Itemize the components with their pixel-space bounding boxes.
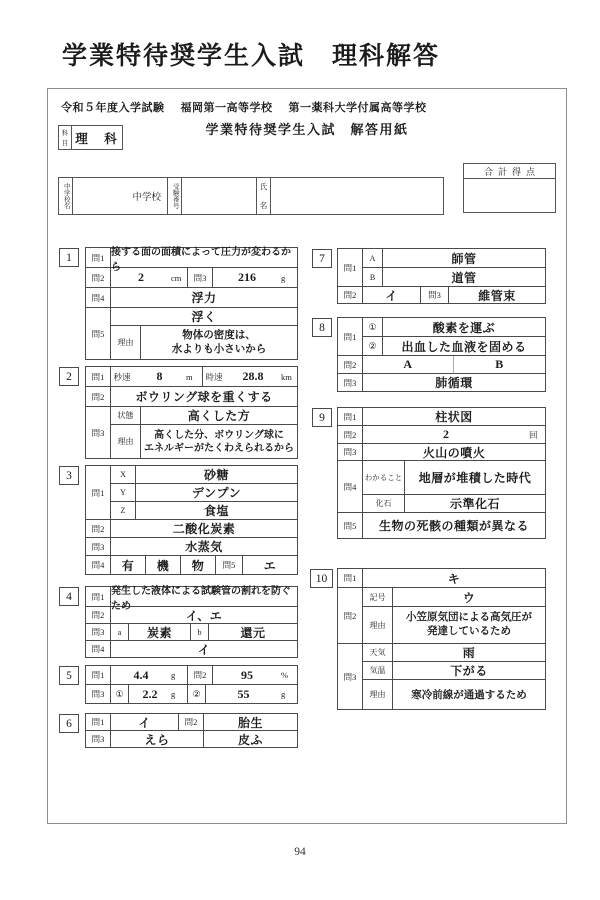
exam-no-field: [182, 178, 257, 214]
q10-weather-answer: 雨: [393, 644, 546, 662]
q5-p1-unit: g: [171, 670, 187, 680]
q1-p5-label: 問5: [86, 308, 111, 360]
q4-p1-label: 問1: [86, 587, 111, 607]
q10-temp-answer: 下がる: [393, 662, 546, 680]
q2-p3-label: 問3: [86, 407, 111, 459]
q3-p1-label: 問1: [86, 466, 111, 520]
page-title: 学業特待奨学生入試 理科解答: [62, 36, 440, 72]
q8-p3-answer: 肺循環: [363, 374, 546, 392]
q3-p2-answer: 二酸化炭素: [111, 520, 298, 538]
q6-p1-label: 問1: [86, 714, 111, 731]
q8-p2-label: 問2: [338, 356, 363, 374]
answer-table-q3: 問1 X 砂糖 Y デンプン Z 食塩 問2 二酸化炭素 問3: [85, 465, 298, 575]
q8-i2-label: ②: [363, 337, 383, 356]
q4-p2-label: 問2: [86, 607, 111, 624]
subject-box: 科 目 理 科: [58, 125, 123, 150]
q2-speed1-label: 秒速: [111, 371, 133, 383]
q5-c1-unit: g: [171, 689, 187, 699]
q6-p3-answer-right: 皮ふ: [204, 731, 298, 748]
exam-no-label-cell: 受験番号: [168, 178, 182, 214]
q2-p1-speed2: 時速 28.8 km: [203, 367, 298, 387]
q10-p2-reason-label: 理由: [363, 607, 393, 644]
q5-p1-answer: 4.4g: [111, 666, 188, 685]
q3-p4-label: 問4: [86, 556, 111, 575]
question-number: 8: [312, 318, 332, 337]
q4-p4-answer: イ: [111, 641, 298, 658]
q7-b-label: B: [363, 268, 383, 287]
q9-p3-label: 問3: [338, 444, 363, 461]
q1-p3-answer: 216g: [213, 268, 298, 288]
subject-value: 理 科: [72, 126, 122, 149]
answer-table-q8: 問1 ① 酸素を運ぶ ② 出血した血液を固める 問2 A B 問3 肺循環: [337, 317, 546, 392]
answer-table-q5: 問1 4.4g 問2 95% 問3 ① 2.2g ② 55g: [85, 665, 298, 704]
q9-p4-label: 問4: [338, 461, 363, 513]
q10-temp-label: 気温: [363, 662, 393, 680]
name-label-top: 氏: [260, 181, 268, 192]
question-number: 6: [59, 714, 79, 733]
q3-p5-answer: エ: [243, 556, 298, 575]
q4-p2-answer: イ、エ: [111, 607, 298, 624]
q10-p3-label: 問3: [338, 644, 363, 710]
q3-y-answer: デンプン: [136, 484, 298, 502]
q9-p1-label: 問1: [338, 408, 363, 426]
q3-p4-char-1: 有: [111, 556, 146, 575]
junior-high-label: 中学校名: [62, 183, 69, 209]
q6-p3-answer-left: えら: [111, 731, 204, 748]
name-label-bottom: 名: [260, 200, 268, 211]
name-field: [271, 178, 443, 214]
q8-p2-answer-left: A: [363, 356, 454, 374]
answer-table-q6: 問1 イ 問2 胎生 問3 えら 皮ふ: [85, 713, 298, 748]
q3-y-label: Y: [111, 484, 136, 502]
q8-p3-label: 問3: [338, 374, 363, 392]
q9-know-label: わかること: [363, 461, 405, 495]
q2-speed2-unit: km: [281, 372, 297, 382]
q7-p2-answer: イ: [363, 287, 421, 304]
q1-p1-answer: 接する面の面積によって圧力が変わるから: [111, 248, 298, 268]
q1-p3-label: 問3: [188, 268, 213, 288]
q2-p3-reason: 高くした分、ボウリング球に エネルギーがたくわえられるから: [141, 425, 298, 459]
q2-p2-answer: ボウリング球を重くする: [111, 387, 298, 407]
q10-p2-reason: 小笠原気団による高気圧が 発達しているため: [393, 607, 546, 644]
q2-speed1-unit: m: [186, 372, 202, 382]
junior-high-suffix: 中学校: [132, 189, 161, 203]
q9-p2-unit: 回: [529, 429, 545, 441]
q9-p5-answer: 生物の死骸の種類が異なる: [363, 513, 546, 539]
q7-p2-label: 問2: [338, 287, 363, 304]
q3-x-label: X: [111, 466, 136, 484]
answer-table-q9: 問1 柱状図 問2 2回 問3 火山の噴火 問4 わかること 地層が堆積した時代…: [337, 407, 546, 539]
q2-p3-reason-label: 理由: [111, 425, 141, 459]
q10-sym-label: 記号: [363, 588, 393, 607]
q2-p1-speed1: 秒速 8 m: [111, 367, 203, 387]
q9-fossil-label: 化石: [363, 495, 405, 513]
answer-table-q2: 問1 秒速 8 m 時速 28.8 km 問2 ボウリング球を重くする 問3 状…: [85, 366, 298, 459]
exam-no-label: 受験番号: [171, 183, 178, 209]
q7-a-label: A: [363, 249, 383, 268]
examinee-info-row: 中学校名 中学校 受験番号 氏 名: [58, 177, 444, 215]
q3-p5-label: 問5: [216, 556, 243, 575]
exam-year: 令和５年度入学試験: [61, 102, 165, 114]
question-number: 2: [59, 367, 79, 386]
answer-table-q7: 問1 A 師管 B 道管 問2 イ 問3 維管束: [337, 248, 546, 304]
exam-header-line: 令和５年度入学試験福岡第一高等学校第一薬科大学付属高等学校: [61, 99, 443, 115]
q5-p1-label: 問1: [86, 666, 111, 685]
q9-p5-label: 問5: [338, 513, 363, 539]
question-number: 1: [59, 248, 79, 267]
q5-p2-answer: 95%: [213, 666, 298, 685]
q4-b-label: b: [191, 624, 209, 641]
q5-c1-answer: 2.2g: [129, 685, 188, 704]
q1-p5-reason: 物体の密度は、 水よりも小さいから: [141, 326, 298, 360]
q8-i2-answer: 出血した血液を固める: [383, 337, 546, 356]
q3-p3-label: 問3: [86, 538, 111, 556]
sheet-title: 学業特待奨学生入試 解答用紙: [47, 119, 567, 138]
q9-p2-label: 問2: [338, 426, 363, 444]
q1-p5-result: 浮く: [111, 308, 298, 326]
school-name-2: 第一薬科大学付属高等学校: [289, 102, 427, 114]
q4-p4-label: 問4: [86, 641, 111, 658]
q9-p2-answer: 2回: [363, 426, 546, 444]
total-score-label: 合計得点: [464, 164, 555, 179]
total-score-box: 合計得点: [463, 163, 556, 213]
answer-table-q4: 問1 発生した液体による試験管の割れを防ぐため 問2 イ、エ 問3 a 炭素 b…: [85, 586, 298, 658]
q4-p1-answer: 発生した液体による試験管の割れを防ぐため: [111, 587, 298, 607]
q2-p3-state-label: 状態: [111, 407, 141, 425]
q5-c2-unit: g: [281, 689, 297, 699]
q7-p3-label: 問3: [421, 287, 449, 304]
q3-p4-char-3: 物: [181, 556, 216, 575]
q3-p4-char-2: 機: [146, 556, 181, 575]
q7-a-answer: 師管: [383, 249, 546, 268]
q5-c2-answer: 55g: [206, 685, 298, 704]
q4-p3-label: 問3: [86, 624, 111, 641]
q5-c2-label: ②: [188, 685, 206, 704]
junior-high-label-cell: 中学校名: [59, 178, 73, 214]
q1-p1-label: 問1: [86, 248, 111, 268]
q1-p2-answer: 2cm: [111, 268, 188, 288]
question-number: 7: [312, 249, 332, 268]
q1-p4-answer: 浮力: [111, 288, 298, 308]
q6-p1-answer: イ: [111, 714, 179, 731]
q7-p3-answer: 維管束: [449, 287, 546, 304]
q9-p1-answer: 柱状図: [363, 408, 546, 426]
q10-sym-answer: ウ: [393, 588, 546, 607]
q3-p3-answer: 水蒸気: [111, 538, 298, 556]
q6-p3-label: 問3: [86, 731, 111, 748]
q9-p3-answer: 火山の噴火: [363, 444, 546, 461]
q5-p3-label: 問3: [86, 685, 111, 704]
school-name-1: 福岡第一高等学校: [181, 102, 273, 114]
q4-a-answer: 炭素: [129, 624, 191, 641]
q2-p3-state: 高くした方: [141, 407, 298, 425]
answer-table-q1: 問1 接する面の面積によって圧力が変わるから 問2 2cm 問3 216g 問4…: [85, 247, 298, 360]
q1-p2-label: 問2: [86, 268, 111, 288]
q4-b-answer: 還元: [209, 624, 298, 641]
q10-p1-answer: キ: [363, 569, 546, 588]
q1-p2-unit: cm: [171, 273, 187, 283]
q2-p2-label: 問2: [86, 387, 111, 407]
subject-label: 科 目: [59, 126, 72, 149]
q8-i1-label: ①: [363, 318, 383, 337]
q5-p2-label: 問2: [188, 666, 213, 685]
question-number: 9: [312, 408, 332, 427]
q10-p2-label: 問2: [338, 588, 363, 644]
question-number: 4: [59, 587, 79, 606]
q10-p3-reason-label: 理由: [363, 680, 393, 710]
q3-z-label: Z: [111, 502, 136, 520]
q1-p5-reason-label: 理由: [111, 326, 141, 360]
q8-p2-answer-right: B: [454, 356, 546, 374]
q7-b-answer: 道管: [383, 268, 546, 287]
q8-p1-label: 問1: [338, 318, 363, 356]
q1-p3-unit: g: [281, 273, 297, 283]
q5-p2-unit: %: [281, 670, 297, 680]
name-label-cell: 氏 名: [257, 178, 271, 214]
q3-x-answer: 砂糖: [136, 466, 298, 484]
question-number: 3: [59, 466, 79, 485]
q5-c1-label: ①: [111, 685, 129, 704]
q8-i1-answer: 酸素を運ぶ: [383, 318, 546, 337]
q9-fossil-answer: 示準化石: [405, 495, 546, 513]
question-number: 5: [59, 666, 79, 685]
q9-know-answer: 地層が堆積した時代: [405, 461, 546, 495]
q6-p2-answer: 胎生: [204, 714, 298, 731]
q3-p2-label: 問2: [86, 520, 111, 538]
q3-z-answer: 食塩: [136, 502, 298, 520]
q10-weather-label: 天気: [363, 644, 393, 662]
q2-p1-label: 問1: [86, 367, 111, 387]
q1-p4-label: 問4: [86, 288, 111, 308]
answer-table-q10: 問1 キ 問2 記号 ウ 理由 小笠原気団による高気圧が 発達しているため 問3…: [337, 568, 546, 710]
question-number: 10: [310, 569, 333, 588]
q10-p3-reason: 寒冷前線が通過するため: [393, 680, 546, 710]
page-number: 94: [0, 846, 600, 858]
q2-speed2-label: 時速: [203, 371, 225, 383]
q4-a-label: a: [111, 624, 129, 641]
junior-high-field: 中学校: [73, 178, 168, 214]
q10-p1-label: 問1: [338, 569, 363, 588]
q7-p1-label: 問1: [338, 249, 363, 287]
q6-p2-label: 問2: [179, 714, 204, 731]
